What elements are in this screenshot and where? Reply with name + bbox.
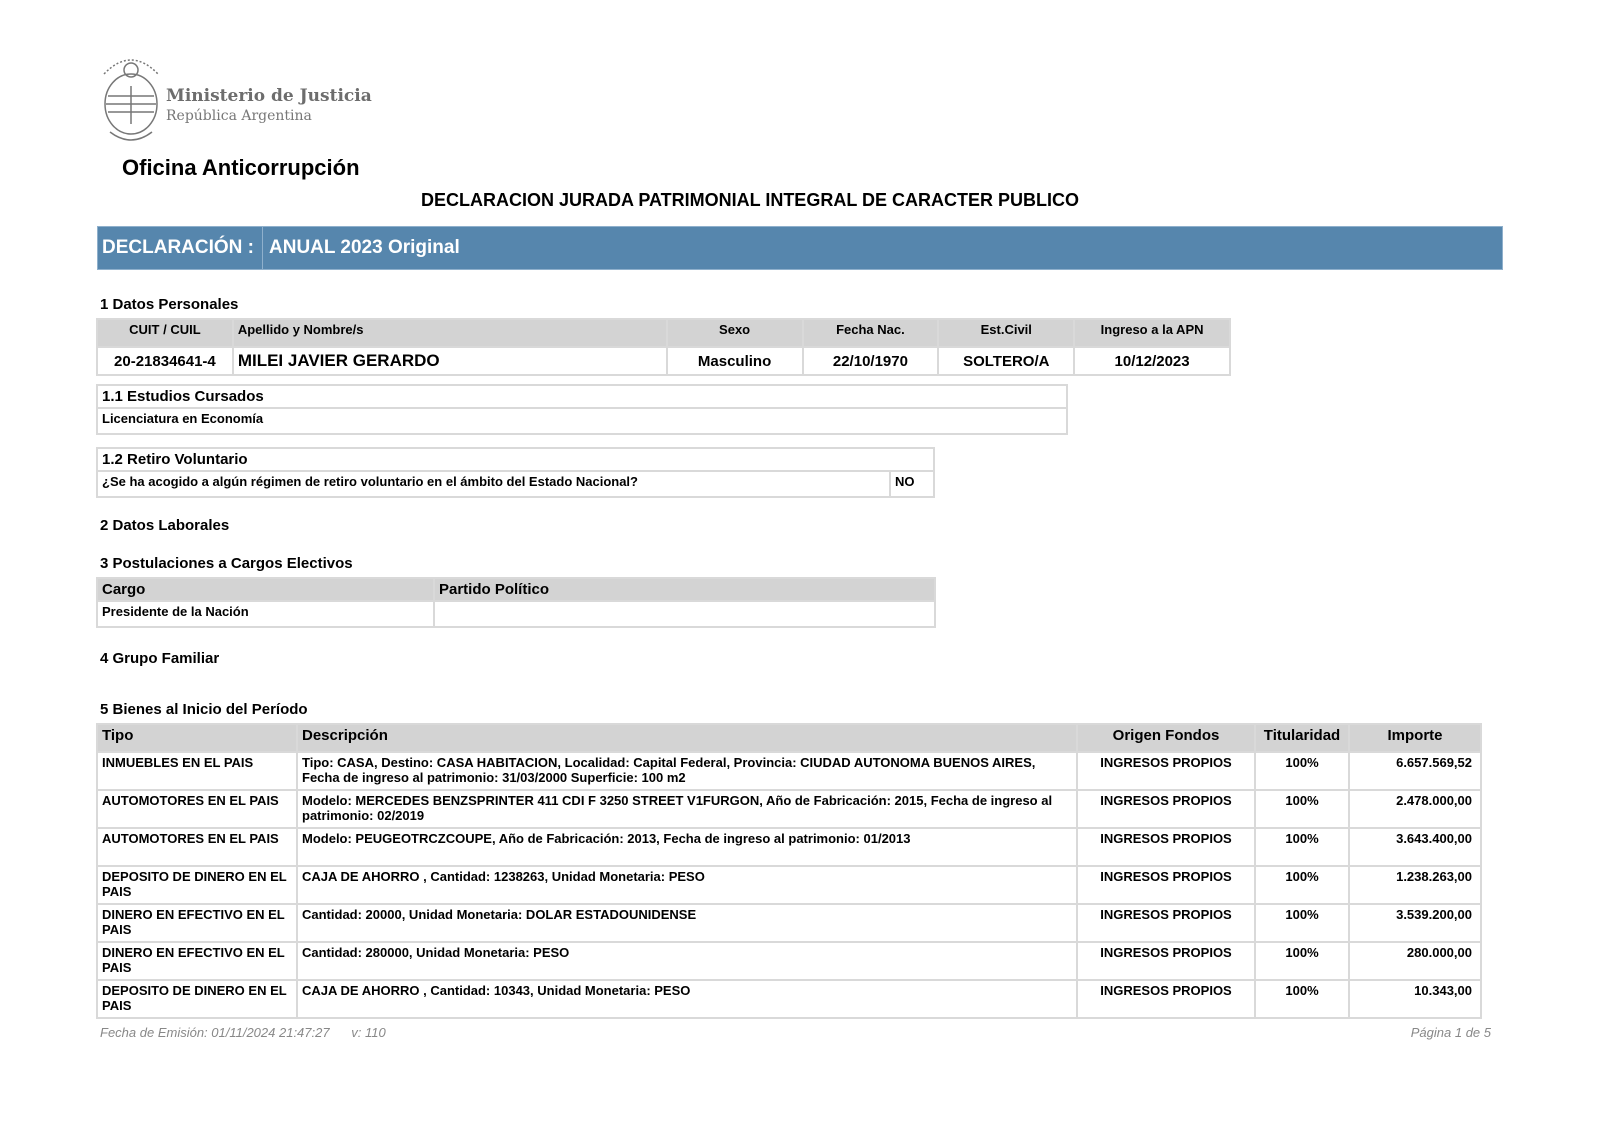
civil-status-value: SOLTERO/A bbox=[938, 347, 1074, 375]
asset-amount: 1.238.263,00 bbox=[1349, 866, 1481, 904]
ministry-name: Ministerio de Justicia bbox=[166, 86, 372, 106]
header-amount: Importe bbox=[1349, 724, 1481, 752]
header-party: Partido Político bbox=[434, 578, 935, 601]
asset-funds-origin: INGRESOS PROPIOS bbox=[1077, 866, 1255, 904]
table-row: INMUEBLES EN EL PAISTipo: CASA, Destino:… bbox=[97, 752, 1481, 790]
asset-description: Cantidad: 280000, Unidad Monetaria: PESO bbox=[297, 942, 1077, 980]
table-row: AUTOMOTORES EN EL PAISModelo: MERCEDES B… bbox=[97, 790, 1481, 828]
asset-ownership: 100% bbox=[1255, 980, 1349, 1018]
asset-amount: 280.000,00 bbox=[1349, 942, 1481, 980]
studies-value: Licenciatura en Economía bbox=[97, 408, 1067, 434]
asset-ownership: 100% bbox=[1255, 942, 1349, 980]
section-family-title: 4 Grupo Familiar bbox=[100, 650, 219, 667]
asset-funds-origin: INGRESOS PROPIOS bbox=[1077, 752, 1255, 790]
asset-description: Modelo: MERCEDES BENZSPRINTER 411 CDI F … bbox=[297, 790, 1077, 828]
asset-amount: 3.539.200,00 bbox=[1349, 904, 1481, 942]
asset-amount: 10.343,00 bbox=[1349, 980, 1481, 1018]
header-apn-entry: Ingreso a la APN bbox=[1074, 319, 1230, 347]
asset-description: CAJA DE AHORRO , Cantidad: 1238263, Unid… bbox=[297, 866, 1077, 904]
asset-description: Cantidad: 20000, Unidad Monetaria: DOLAR… bbox=[297, 904, 1077, 942]
birthdate-value: 22/10/1970 bbox=[803, 347, 939, 375]
page-number: Página 1 de 5 bbox=[1300, 1025, 1491, 1040]
asset-description: CAJA DE AHORRO , Cantidad: 10343, Unidad… bbox=[297, 980, 1077, 1018]
asset-funds-origin: INGRESOS PROPIOS bbox=[1077, 828, 1255, 866]
retirement-title: 1.2 Retiro Voluntario bbox=[97, 448, 934, 471]
asset-amount: 6.657.569,52 bbox=[1349, 752, 1481, 790]
asset-description: Modelo: PEUGEOTRCZCOUPE, Año de Fabricac… bbox=[297, 828, 1077, 866]
asset-ownership: 100% bbox=[1255, 790, 1349, 828]
asset-type: DINERO EN EFECTIVO EN EL PAIS bbox=[97, 904, 297, 942]
sex-value: Masculino bbox=[667, 347, 803, 375]
declaration-bar: DECLARACIÓN : ANUAL 2023 Original bbox=[97, 226, 1503, 270]
name-value: MILEI JAVIER GERARDO bbox=[233, 347, 667, 375]
retirement-table: 1.2 Retiro Voluntario ¿Se ha acogido a a… bbox=[96, 447, 935, 498]
asset-type: INMUEBLES EN EL PAIS bbox=[97, 752, 297, 790]
declaration-label: DECLARACIÓN : bbox=[98, 227, 263, 269]
table-row: DEPOSITO DE DINERO EN EL PAISCAJA DE AHO… bbox=[97, 866, 1481, 904]
asset-amount: 3.643.400,00 bbox=[1349, 828, 1481, 866]
section-personal-title: 1 Datos Personales bbox=[100, 296, 238, 313]
asset-ownership: 100% bbox=[1255, 752, 1349, 790]
studies-title: 1.1 Estudios Cursados bbox=[97, 385, 1067, 408]
header-description: Descripción bbox=[297, 724, 1077, 752]
asset-amount: 2.478.000,00 bbox=[1349, 790, 1481, 828]
retirement-question: ¿Se ha acogido a algún régimen de retiro… bbox=[97, 471, 890, 497]
country-name: República Argentina bbox=[166, 108, 312, 124]
office-name: Oficina Anticorrupción bbox=[122, 155, 360, 181]
header-sex: Sexo bbox=[667, 319, 803, 347]
document-title: DECLARACION JURADA PATRIMONIAL INTEGRAL … bbox=[0, 190, 1500, 211]
personal-data-table: CUIT / CUIL Apellido y Nombre/s Sexo Fec… bbox=[96, 318, 1231, 376]
asset-funds-origin: INGRESOS PROPIOS bbox=[1077, 790, 1255, 828]
apn-entry-value: 10/12/2023 bbox=[1074, 347, 1230, 375]
header-ownership: Titularidad bbox=[1255, 724, 1349, 752]
header-position: Cargo bbox=[97, 578, 434, 601]
header-cuit: CUIT / CUIL bbox=[97, 319, 233, 347]
asset-ownership: 100% bbox=[1255, 828, 1349, 866]
party-value bbox=[434, 601, 935, 627]
asset-funds-origin: INGRESOS PROPIOS bbox=[1077, 980, 1255, 1018]
retirement-answer: NO bbox=[890, 471, 934, 497]
table-row: 20-21834641-4 MILEI JAVIER GERARDO Mascu… bbox=[97, 347, 1230, 375]
table-row: DINERO EN EFECTIVO EN EL PAISCantidad: 2… bbox=[97, 942, 1481, 980]
table-row: DEPOSITO DE DINERO EN EL PAISCAJA DE AHO… bbox=[97, 980, 1481, 1018]
table-row: AUTOMOTORES EN EL PAISModelo: PEUGEOTRCZ… bbox=[97, 828, 1481, 866]
studies-table: 1.1 Estudios Cursados Licenciatura en Ec… bbox=[96, 384, 1068, 435]
asset-type: DINERO EN EFECTIVO EN EL PAIS bbox=[97, 942, 297, 980]
emission-date: Fecha de Emisión: 01/11/2024 21:47:27 v:… bbox=[100, 1025, 386, 1040]
asset-ownership: 100% bbox=[1255, 866, 1349, 904]
emission-text: Fecha de Emisión: 01/11/2024 21:47:27 bbox=[100, 1025, 330, 1040]
version-text: v: 110 bbox=[351, 1025, 385, 1040]
asset-type: DEPOSITO DE DINERO EN EL PAIS bbox=[97, 980, 297, 1018]
section-candidacies-title: 3 Postulaciones a Cargos Electivos bbox=[100, 555, 353, 572]
table-row: DINERO EN EFECTIVO EN EL PAISCantidad: 2… bbox=[97, 904, 1481, 942]
table-row: Presidente de la Nación bbox=[97, 601, 935, 627]
section-assets-title: 5 Bienes al Inicio del Período bbox=[100, 701, 308, 718]
asset-funds-origin: INGRESOS PROPIOS bbox=[1077, 904, 1255, 942]
position-value: Presidente de la Nación bbox=[97, 601, 434, 627]
header-funds-origin: Origen Fondos bbox=[1077, 724, 1255, 752]
asset-type: AUTOMOTORES EN EL PAIS bbox=[97, 828, 297, 866]
asset-description: Tipo: CASA, Destino: CASA HABITACION, Lo… bbox=[297, 752, 1077, 790]
header-name: Apellido y Nombre/s bbox=[233, 319, 667, 347]
asset-funds-origin: INGRESOS PROPIOS bbox=[1077, 942, 1255, 980]
assets-table: Tipo Descripción Origen Fondos Titularid… bbox=[96, 723, 1482, 1019]
asset-ownership: 100% bbox=[1255, 904, 1349, 942]
section-labor-title: 2 Datos Laborales bbox=[100, 517, 229, 534]
declaration-value: ANUAL 2023 Original bbox=[263, 237, 460, 259]
cuit-value: 20-21834641-4 bbox=[97, 347, 233, 375]
asset-type: DEPOSITO DE DINERO EN EL PAIS bbox=[97, 866, 297, 904]
candidacies-table: Cargo Partido Político Presidente de la … bbox=[96, 577, 936, 628]
header-civil-status: Est.Civil bbox=[938, 319, 1074, 347]
header-type: Tipo bbox=[97, 724, 297, 752]
header-birthdate: Fecha Nac. bbox=[803, 319, 939, 347]
asset-type: AUTOMOTORES EN EL PAIS bbox=[97, 790, 297, 828]
